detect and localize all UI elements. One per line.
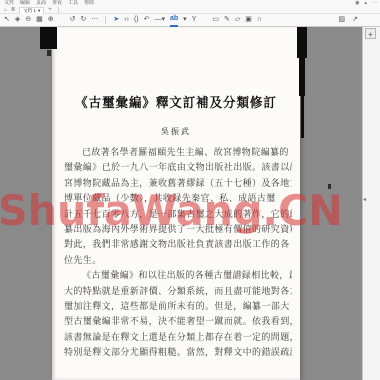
tab-caret-icon[interactable]: ▾ — [38, 8, 40, 14]
undo-icon[interactable]: ↶ — [144, 14, 150, 26]
app-chrome: 文件 编辑 页面 查看 工具 帮助 ◉ ▴ ⋯ ⌂ ≣ 文档 1 ▾ + ↖ ◈… — [0, 0, 380, 27]
scan-artifact-top-left — [40, 26, 57, 49]
rectangle-annot-icon[interactable]: ▭ — [212, 14, 219, 26]
angle-bracket-annot-icon[interactable]: ‹› — [124, 14, 129, 26]
text-highlight-icon[interactable]: ab — [170, 13, 178, 27]
stamp-annot-icon[interactable]: ▣ — [245, 14, 252, 26]
body-line: 對此，我們非常感謝文物出版社負責該書出版工作的各 — [64, 238, 292, 253]
scanned-page[interactable]: 《古璽彙編》釋文訂補及分類修訂 吳振武 已故著名學者羅福頤先生主編、故宮博物院編… — [52, 26, 300, 380]
body-line: 璽加注釋文，這些都是前所未有的。但是，編纂一部大 — [64, 300, 292, 315]
page-thumbnails-icon[interactable]: ▦ — [36, 14, 43, 26]
zoom-out-icon[interactable]: ⊖ — [25, 14, 31, 26]
select-tool-icon[interactable]: ↖ — [4, 14, 10, 26]
scan-artifact-speck — [47, 50, 51, 56]
document-tab[interactable]: 文档 1 ▾ — [19, 7, 44, 14]
body-line: 博單位藏品（少數），共收録先秦官、私、成語古璽 — [64, 192, 292, 207]
scan-artifact-dot — [328, 184, 331, 189]
panel-plus-button[interactable]: + — [365, 28, 376, 39]
parentheses-annot-icon[interactable]: () — [134, 14, 139, 26]
sync-icon[interactable]: ▴ — [364, 0, 367, 7]
menubar: 文件 编辑 页面 查看 工具 帮助 ◉ ▴ ⋯ — [0, 0, 380, 7]
scan-artifact-top-right — [297, 26, 307, 58]
body-line: 計五千七百零八方，是一部集古璽之大成的著作，它的編 — [64, 208, 292, 223]
scan-artifact-right-tail — [301, 96, 304, 138]
body-line: 該書無論是在釋文上還是在分類上都存在着一定的問題， — [64, 331, 292, 346]
document-author: 吳振武 — [52, 126, 300, 137]
document-title: 《古璽彙編》釋文訂補及分類修訂 — [57, 92, 295, 111]
body-line: 已故著名學者羅福頤先生主編、故宮博物院編纂的《古 — [64, 146, 292, 161]
pencil-annot-icon[interactable]: ✎ — [224, 14, 230, 26]
shape-annot-icon[interactable]: ▱ — [235, 14, 240, 26]
tab-bar: ⌂ ≣ 文档 1 ▾ + — [0, 7, 380, 14]
rotate-right-icon[interactable]: ↻ — [81, 14, 87, 26]
home-icon[interactable]: ⌂ — [4, 7, 7, 14]
panel-toggle-icon[interactable]: ▨ — [339, 14, 346, 26]
menu-tools[interactable]: 工具 — [68, 0, 78, 7]
more-tools-icon[interactable]: ⋯ — [91, 14, 98, 26]
document-body: 已故著名學者羅福頤先生主編、故宮博物院編纂的《古 璽彙編》已於一九八一年底由文物… — [64, 146, 292, 361]
new-tab-button[interactable]: + — [48, 7, 52, 13]
panel-collapse-handle-icon[interactable]: ◂ — [363, 196, 366, 203]
hand-tool-icon[interactable]: ◈ — [15, 14, 20, 26]
scan-artifact-right-mid — [299, 58, 305, 96]
tab-list-icon[interactable]: ≣ — [11, 7, 15, 14]
body-line: 宮博物院藏品為主，兼收舊著繆録（五十七種）及各地文 — [64, 177, 292, 192]
line-width-icon[interactable]: —▾ — [154, 14, 165, 26]
zoom-in-icon[interactable]: ⊕ — [48, 14, 54, 26]
body-line: 《古璽彙編》和以往出版的各種古璽譜録相比較，最 — [64, 269, 292, 284]
document-tab-label: 文档 1 — [23, 8, 36, 14]
highlight-caret-icon[interactable]: ▾ — [183, 14, 187, 26]
toolbar: ↖ ◈ ⊖ ▦ ⊕ ↺ ↻ ⋯ ➤ ‹› () ↶ —▾ ab ▾ Y ▭ ✎ … — [0, 14, 380, 26]
pointer-tool-icon[interactable]: ➤ — [113, 14, 119, 26]
menu-view[interactable]: 查看 — [52, 0, 62, 7]
document-canvas[interactable]: 《古璽彙編》釋文訂補及分類修訂 吳振武 已故著名學者羅福頤先生主編、故宮博物院編… — [0, 26, 380, 380]
lasso-select-icon[interactable]: ∩ — [257, 14, 262, 26]
body-line: 型古璽彙編非常不易，決不能奢望一蹴而就。依我看到， — [64, 315, 292, 330]
account-icon[interactable]: ◉ — [355, 0, 359, 7]
tab-separator — [58, 7, 59, 13]
more-menu-icon[interactable]: ⋯ — [372, 0, 377, 7]
toolbar-right: ▨ ↗ — [339, 14, 359, 26]
body-line: 位先生。 — [64, 254, 292, 269]
rotate-left-icon[interactable]: ↺ — [70, 14, 76, 26]
menu-help[interactable]: 帮助 — [84, 0, 94, 7]
freehand-pen-icon[interactable]: Y — [192, 14, 197, 26]
menubar-right: ◉ ▴ ⋯ — [355, 0, 377, 7]
body-line: 璽彙編》已於一九八一年底由文物出版社出版。該書以故 — [64, 161, 292, 176]
body-line: 纂出版為海內外學術界提供了一大批極有價值的研究資料。 — [64, 223, 292, 238]
toolbar-separator — [105, 16, 106, 24]
side-panel-strip[interactable]: + ◂ — [362, 26, 380, 380]
body-line: 大的特點就是重新評價、分類系統，而且盡可能地對各方 — [64, 285, 292, 300]
body-line: 特別是釋文部分尤顯得粗糙。當然，對釋文中的錯誤疏漏 — [64, 346, 292, 361]
expand-window-icon[interactable]: ↗ — [352, 14, 358, 26]
